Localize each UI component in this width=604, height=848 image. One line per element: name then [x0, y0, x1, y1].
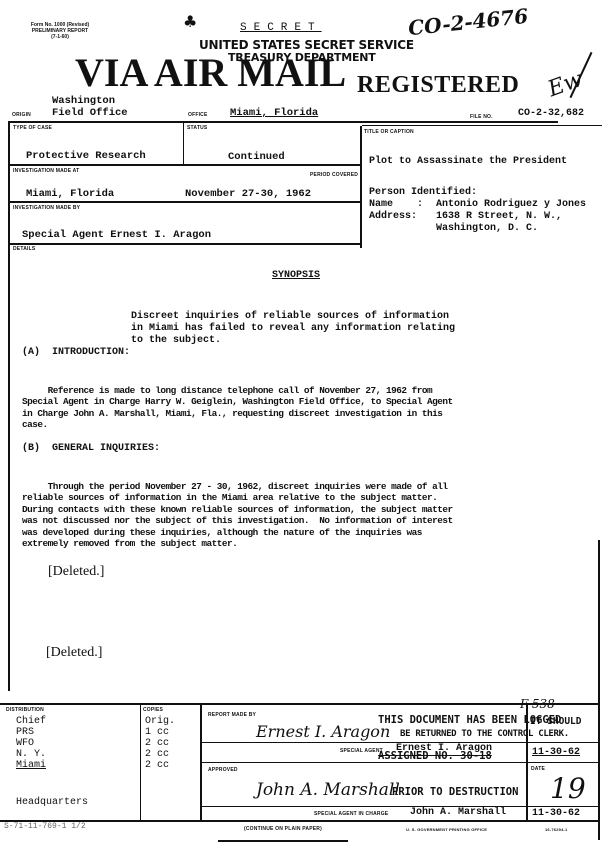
page-number: 19	[550, 772, 586, 805]
gpo-label: U. S. GOVERNMENT PRINTING OFFICE	[406, 827, 487, 832]
origin-value-line1: Washington	[52, 95, 115, 107]
origin-value-line2: Field Office	[52, 107, 128, 119]
title-label: TITLE OR CAPTION	[364, 129, 414, 135]
made-at-value: Miami, Florida	[26, 188, 114, 200]
stamp-line: PRIOR TO DESTRUCTION	[378, 786, 561, 798]
name-label: Name :	[369, 199, 423, 210]
distribution-item: N. Y.	[16, 749, 46, 760]
section-b-heading: (B) GENERAL INQUIRIES:	[22, 443, 160, 454]
copies-list: Orig. 1 cc 2 cc 2 cc 2 cc	[145, 716, 175, 771]
period-value: November 27-30, 1962	[185, 188, 311, 200]
made-at-label: INVESTIGATION MADE AT	[13, 168, 79, 174]
intro-line: in Charge John A. Marshall, Miami, Fla.,…	[22, 408, 453, 420]
name-value: Antonio Rodriguez y Jones	[436, 199, 586, 210]
status-value: Continued	[228, 151, 285, 163]
stamp-line: IT SHOULD	[530, 716, 581, 727]
special-agent-label: SPECIAL AGENT	[340, 748, 383, 754]
approved-date: 11-30-62	[532, 808, 580, 819]
deleted-marker: [Deleted.]	[48, 564, 104, 580]
sac-name: John A. Marshall	[410, 807, 506, 818]
registered-marking: REGISTERED	[357, 72, 519, 98]
distribution-item: Chief	[16, 716, 46, 727]
address-label: Address:	[369, 211, 417, 222]
synopsis-line: Discreet inquiries of reliable sources o…	[131, 311, 455, 323]
introduction-text: Reference is made to long distance telep…	[22, 373, 453, 442]
intro-line: case.	[22, 419, 453, 431]
general-line: Through the period November 27 - 30, 196…	[22, 481, 453, 493]
continue-label: (CONTINUE ON PLAIN PAPER)	[244, 826, 322, 832]
copies-item: 2 cc	[145, 760, 175, 771]
report-date: 11-30-62	[532, 747, 580, 758]
date-label: DATE	[531, 766, 545, 772]
form-id-line: (7-1-60)	[10, 34, 110, 40]
office-label: OFFICE	[188, 112, 208, 118]
origin-label: ORIGIN	[12, 112, 31, 118]
made-by-value: Special Agent Ernest I. Aragon	[22, 229, 211, 241]
general-line: During contacts with these known reliabl…	[22, 504, 453, 516]
report-signature: Ernest I. Aragon	[256, 722, 390, 741]
distribution-item: PRS	[16, 727, 46, 738]
synopsis-line: to the subject.	[131, 335, 455, 347]
section-a-heading: (A) INTRODUCTION:	[22, 347, 130, 358]
form-code: 16-76294-1	[545, 827, 567, 832]
details-label: DETAILS	[13, 246, 35, 252]
general-line: reliable sources of information in the M…	[22, 492, 453, 504]
deleted-marker: [Deleted.]	[46, 645, 102, 661]
period-label: PERIOD COVERED	[310, 172, 358, 178]
classification-marking: SECRET	[240, 22, 322, 34]
copies-item: 1 cc	[145, 727, 175, 738]
file-number-label: FILE NO.	[470, 114, 493, 120]
special-agent-name: Ernest I. Aragon	[396, 743, 492, 754]
copies-label: COPIES	[143, 707, 163, 713]
intro-line: Reference is made to long distance telep…	[22, 385, 453, 397]
general-line: extremely removed from the subject matte…	[22, 538, 453, 550]
report-made-by-label: REPORT MADE BY	[208, 712, 256, 718]
file-number-value: CO-2-32,682	[518, 108, 584, 119]
form-id-block: Form No. 1000 (Revised) PRELIMINARY REPO…	[10, 22, 110, 40]
intro-line: Special Agent in Charge Harry W. Geiglei…	[22, 396, 453, 408]
distribution-item: Miami	[16, 760, 46, 771]
type-of-case-label: TYPE OF CASE	[13, 125, 52, 131]
status-label: STATUS	[187, 125, 207, 131]
approved-signature: John A. Marshall	[256, 780, 400, 800]
approved-label: APPROVED	[208, 767, 238, 773]
type-of-case-value: Protective Research	[26, 150, 146, 162]
address-line2: Washington, D. C.	[436, 223, 538, 234]
address-line1: 1638 R Street, N. W.,	[436, 211, 562, 222]
general-line: was not discussed nor the subject of thi…	[22, 515, 453, 527]
copies-item: 2 cc	[145, 749, 175, 760]
delivery-method: VIA AIR MAIL	[75, 53, 346, 93]
distribution-label: DISTRIBUTION	[6, 707, 44, 713]
person-identified-label: Person Identified:	[369, 187, 477, 198]
stray-text: S-71-11-769-1 1/2	[4, 822, 86, 831]
title-value: Plot to Assassinate the President	[369, 156, 567, 167]
stamp-line: BE RETURNED TO THE CONTROL CLERK.	[400, 729, 569, 739]
made-by-label: INVESTIGATION MADE BY	[13, 205, 80, 211]
general-inquiries-text: Through the period November 27 - 30, 196…	[22, 469, 453, 561]
copies-item: Orig.	[145, 716, 175, 727]
synopsis-text: Discreet inquiries of reliable sources o…	[131, 299, 455, 359]
handwritten-number: CO-2-4676	[407, 4, 529, 40]
synopsis-heading: SYNOPSIS	[272, 270, 320, 281]
distribution-item: WFO	[16, 738, 46, 749]
office-value: Miami, Florida	[230, 107, 318, 119]
distribution-last: Headquarters	[16, 797, 88, 808]
synopsis-line: in Miami has failed to reveal any inform…	[131, 323, 455, 335]
sac-label: SPECIAL AGENT IN CHARGE	[314, 811, 388, 817]
distribution-list: Chief PRS WFO N. Y. Miami	[16, 716, 46, 771]
seal-icon: ♣	[183, 12, 197, 31]
copies-item: 2 cc	[145, 738, 175, 749]
general-line: was developed during these inquiries, al…	[22, 527, 453, 539]
